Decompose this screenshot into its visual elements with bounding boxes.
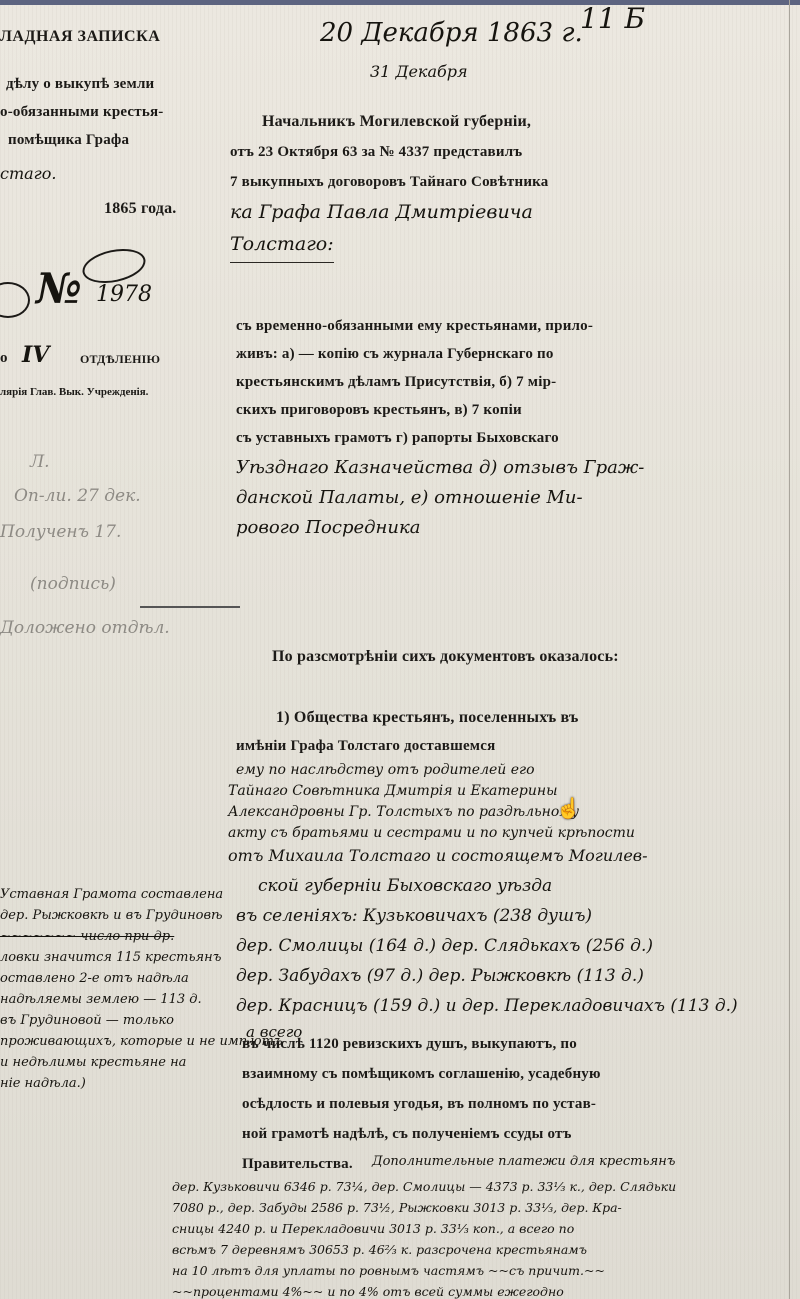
intro-line: 7 выкупныхъ договоровъ Тайнаго Совѣтника	[230, 170, 549, 200]
finding-line: ему по наслѣдству отъ родителей его	[236, 760, 738, 781]
document-title: ЛАДНАЯ ЗАПИСКА	[0, 28, 160, 46]
intro-line: Начальникъ Могилевской губерніи,	[230, 110, 549, 140]
attachment-line: крестьянскимъ дѣламъ Присутствія, б) 7 м…	[236, 370, 644, 398]
finding-line: Тайнаго Совѣтника Дмитрія и Екатерины	[228, 781, 738, 802]
village-line: дер. Забудахъ (97 д.) дер. Рыжковкѣ (113…	[236, 964, 738, 994]
secondary-date: 31 Декабря	[370, 62, 468, 81]
finding-line: 1) Общества крестьянъ, поселенныхъ въ	[236, 706, 738, 734]
attachments-block: съ временно-обязанными ему крестьянами, …	[236, 314, 644, 546]
scan-top-edge	[0, 0, 800, 5]
subtitle-line-2: о-обязанными крестья-	[0, 104, 163, 121]
margin-faint-3: Полученъ 17.	[0, 522, 121, 542]
attachment-line: съ временно-обязанными ему крестьянами, …	[236, 314, 644, 342]
intro-line-name: Толстаго:	[230, 232, 334, 263]
chancellery-label: лярія Глав. Вык. Учрежденія.	[0, 386, 148, 398]
margin-note: Уставная Грамота составлена дер. Рыжковк…	[0, 884, 283, 1094]
village-line: дер. Красницъ (159 д.) и дер. Перекладов…	[236, 994, 738, 1020]
redemption-line: осѣдлость и полевыя угодья, въ полномъ п…	[242, 1092, 601, 1122]
payment-line: на 10 лѣтъ для уплаты по ровнымъ частямъ…	[172, 1260, 676, 1281]
page-edge-rule	[789, 0, 790, 1299]
findings-item-1: 1) Общества крестьянъ, поселенныхъ въ им…	[236, 706, 738, 1044]
divider	[140, 606, 240, 608]
margin-faint-2: Оп-ли. 27 дек.	[14, 486, 141, 506]
intro-line: отъ 23 Октября 63 за № 4337 представилъ	[230, 140, 549, 170]
payments-heading: Дополнительные платежи для крестьянъ	[372, 1154, 675, 1169]
margin-note-line: Уставная Грамота составлена	[0, 884, 283, 905]
attachment-line: живъ: а) — копію съ журнала Губернскаго …	[236, 342, 644, 370]
margin-note-line: ~~~~~~~ число при др.	[0, 926, 283, 947]
payment-line: 7080 р., дер. Забуды 2586 р. 73½, Рыжков…	[172, 1197, 676, 1218]
findings-heading: По разсмотрѣніи сихъ документовъ оказало…	[272, 648, 619, 666]
margin-faint-4: (подпись)	[30, 574, 116, 594]
number-sign: №	[36, 264, 82, 313]
department-numeral: IV	[22, 342, 49, 368]
margin-note-line: дер. Рыжковкѣ и въ Грудиновѣ	[0, 905, 283, 926]
redemption-line: ной грамотѣ надѣлѣ, съ полученіемъ ссуды…	[242, 1122, 601, 1152]
redemption-line: взаимному съ помѣщикомъ соглашенію, усад…	[242, 1062, 601, 1092]
flourish-circle	[0, 282, 30, 318]
attachment-line: съ уставныхъ грамотъ г) рапорты Быховска…	[236, 426, 644, 456]
margin-note-line: ловки значится 115 крестьянъ	[0, 947, 283, 968]
payments-block: дер. Кузьковичи 6346 р. 73¼, дер. Смолиц…	[172, 1176, 676, 1299]
margin-note-line: и недѣлимы крестьяне на	[0, 1052, 283, 1073]
redemption-line: въ числѣ 1120 ревизскихъ душъ, выкупаютъ…	[242, 1032, 601, 1062]
finding-line: имѣніи Графа Толстаго доставшемся	[236, 734, 738, 760]
margin-note-line: оставлено 2-е отъ надѣла	[0, 968, 283, 989]
year-label: 1865 года.	[104, 200, 177, 218]
margin-note-line: проживающихъ, которые и не имѣютъ	[0, 1031, 283, 1052]
attachment-line: Уѣзднаго Казначейства д) отзывъ Граж-	[236, 456, 644, 486]
subtitle-line-1: дѣлу о выкупѣ земли	[6, 76, 154, 93]
department-label: ОТДѢЛЕНІЮ	[80, 352, 160, 367]
intro-block: Начальникъ Могилевской губерніи, отъ 23 …	[230, 110, 549, 263]
attachment-line: данской Палаты, е) отношеніе Ми-	[236, 486, 644, 516]
finding-line: Александровны Гр. Толстыхъ по раздѣльном…	[228, 802, 738, 823]
document-page: ЛАДНАЯ ЗАПИСКА дѣлу о выкупѣ земли о-обя…	[0, 0, 800, 1299]
village-line: дер. Смолицы (164 д.) дер. Слядькахъ (25…	[236, 934, 738, 964]
margin-note-line: въ Грудиновой — только	[0, 1010, 283, 1031]
margin-note-line: ніе надѣла.)	[0, 1073, 283, 1094]
department-prefix: о	[0, 350, 8, 367]
subtitle-line-4: стаго.	[0, 164, 56, 183]
payment-line: дер. Кузьковичи 6346 р. 73¼, дер. Смолиц…	[172, 1176, 676, 1197]
attachment-line: рового Посредника	[236, 516, 644, 546]
document-number: 1978	[96, 282, 152, 307]
finding-line: ской губерніи Быховскаго уѣзда	[236, 874, 738, 904]
payment-line: всѣмъ 7 деревнямъ 30653 р. 46⅔ к. разсро…	[172, 1239, 676, 1260]
village-line: въ селеніяхъ: Кузьковичахъ (238 душъ)	[236, 904, 738, 934]
hand-pointer-icon: ☝	[556, 796, 581, 821]
main-date: 20 Декабря 1863 г.	[320, 18, 583, 48]
margin-note-line: надѣляемы землею — 113 д.	[0, 989, 283, 1010]
intro-line: ка Графа Павла Дмитріевича	[230, 200, 549, 232]
attachment-line: скихъ приговоровъ крестьянъ, в) 7 копіи	[236, 398, 644, 426]
finding-line: отъ Михаила Толстаго и состоящемъ Могиле…	[228, 844, 738, 874]
subtitle-line-3: помѣщика Графа	[8, 132, 129, 149]
margin-faint-5: Доложено отдѣл.	[0, 618, 170, 638]
payment-line: сницы 4240 р. и Перекладовичи 3013 р. 33…	[172, 1218, 676, 1239]
margin-faint-1: Л.	[30, 452, 50, 472]
finding-line: акту съ братьями и сестрами и по купчей …	[228, 823, 738, 844]
payment-line: ~~процентами 4%~~ и по 4% отъ всей суммы…	[172, 1281, 676, 1299]
corner-marks: 11 Б	[580, 2, 645, 35]
